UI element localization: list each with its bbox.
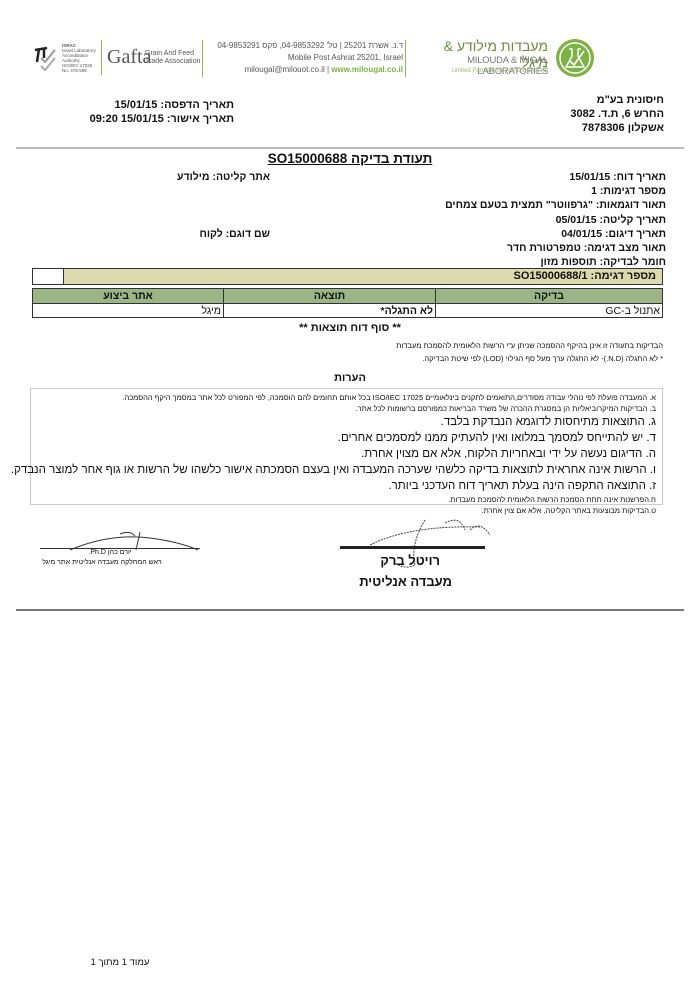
header-divider: [101, 40, 102, 75]
sample-count: מספר דגימות: 1: [246, 184, 666, 198]
remark-item: ו. הרשות אינה אחראית לתוצאות בדיקה כלשהי…: [36, 462, 656, 478]
column-header-site: אתר ביצוע: [33, 289, 224, 304]
sampling-date: תאריך דיגום: 04/01/15: [246, 227, 666, 241]
sampler-name: שם דוגם: לקוח: [70, 227, 270, 241]
lab-subtitle: Limited Partnership | שותפות מוגבלת: [418, 68, 548, 74]
results-table-header: בדיקה תוצאה אתר ביצוע: [33, 289, 663, 304]
sample-number: מספר דגימה: SO15000688/1: [513, 270, 656, 282]
contact-email[interactable]: milougal@milouot.co.il: [245, 65, 325, 74]
signer2-title: ראש המחלקה מעבדה אנליטית אתר מיגל: [22, 559, 182, 566]
cell-test: אתנול ב-GC: [436, 304, 663, 318]
remark-item: ג. התוצאות מתיחסות לדוגמא הנבדקת בלבד.: [36, 414, 656, 430]
signer1-name: רויטל ברק: [340, 553, 440, 568]
remark-item: ח.הפרשנות אינה תחת הסמכת הרשות הלאומית ל…: [36, 494, 656, 505]
israc-check-icon: [33, 42, 61, 77]
remark-item: ד. יש להתייחס למסמך במלואו ואין להעתיק מ…: [36, 430, 656, 446]
sample-state: תאור מצב דגימה: טמפרטורת חדר: [246, 241, 666, 255]
column-header-test: בדיקה: [436, 289, 663, 304]
remark-item: ב. הבדיקות המיקרוביאליות הן במסגרת ההכרה…: [36, 403, 656, 414]
table-row: אתנול ב-GC לא התגלה* מיגל: [33, 304, 663, 318]
receipt-site: אתר קליטה: מילודע: [70, 170, 270, 184]
contact-web-line: milougal@milouot.co.il | www.milougal.co…: [205, 64, 403, 76]
lab-logo-icon: [556, 39, 594, 77]
sample-info-secondary: אתר קליטה: מילודע שם דוגם: לקוח: [70, 170, 270, 241]
blank-cell: [48, 269, 64, 284]
approval-date: תאריך אישור: 15/01/15 09:20: [54, 112, 234, 126]
sample-header-bar: מספר דגימה: SO15000688/1: [32, 268, 663, 285]
sample-description: תאור דוגמאות: "גרפווטר" תמצית בטעם צמחים: [246, 198, 666, 212]
column-header-result: תוצאה: [224, 289, 436, 304]
gafta-subtitle: Grain And Feed Trade Association: [145, 50, 200, 66]
header-divider: [405, 40, 406, 77]
remarks-list: א. המעבדה פועלת לפי נוהלי עבודה מסודרים,…: [36, 392, 656, 516]
divider: [16, 147, 684, 149]
cell-result: לא התגלה*: [224, 304, 436, 318]
end-of-results: ** סוף דוח תוצאות **: [0, 322, 700, 334]
report-dates: תאריך הדפסה: 15/01/15 תאריך אישור: 15/01…: [54, 98, 234, 126]
sample-info-block: תאריך דוח: 15/01/15 מספר דגימות: 1 תאור …: [246, 170, 666, 269]
cell-site: מיגל: [33, 304, 224, 318]
certificate-number: SO15000688: [268, 151, 348, 166]
remark-item: ז. התוצאה התקפה הינה בעלת תאריך דוח העדכ…: [36, 478, 656, 494]
blank-cell: [33, 269, 49, 284]
remark-item: ה. הדיגום נעשה על ידי ובאחריות הלקוח, אל…: [36, 446, 656, 462]
lab-contact: ד.נ. אשרת 25201 | טל' 04-9853292, פקס 04…: [205, 40, 403, 76]
accreditation-note: הבדיקות בתעודה זו אינן בהיקף ההסמכה שנית…: [396, 341, 663, 350]
nd-note: * לא התגלה (N.D.)- לא התגלה ערך מעל סף ה…: [422, 354, 663, 363]
signature-line: [340, 546, 485, 549]
contact-address: Mobile Post Ashrat 25201, Israel: [205, 52, 403, 64]
report-date: תאריך דוח: 15/01/15: [246, 170, 666, 184]
remarks-box: א. המעבדה פועלת לפי נוהלי עבודה מסודרים,…: [30, 388, 663, 505]
customer-address-block: חיסונית בע"מ החרש 6, ת.ד. 3082 אשקלון 78…: [570, 93, 664, 135]
signer1-title: מעבדה אנליטית: [340, 574, 452, 589]
header-divider: [202, 40, 203, 77]
divider: [16, 609, 684, 611]
contact-phone: ד.נ. אשרת 25201 | טל' 04-9853292, פקס 04…: [205, 40, 403, 52]
page-title: תעודת בדיקה SO15000688: [0, 151, 700, 166]
page-number: עמוד 1 מתוך 1: [80, 957, 160, 968]
remark-item: א. המעבדה פועלת לפי נוהלי עבודה מסודרים,…: [36, 392, 656, 403]
print-date: תאריך הדפסה: 15/01/15: [54, 98, 234, 112]
contact-website-link[interactable]: www.milougal.co.il: [331, 65, 403, 74]
remarks-title: הערות: [0, 372, 700, 384]
customer-street: החרש 6, ת.ד. 3082: [570, 107, 664, 121]
israc-accreditation-text: ISRAC Israel Laboratory Accreditation Au…: [62, 43, 96, 73]
signer2-name: יורם כהן Ph.D.: [60, 549, 160, 556]
customer-city: אשקלון 7878306: [570, 121, 664, 135]
receipt-date: תאריך קליטה: 05/01/15: [246, 213, 666, 227]
customer-name: חיסונית בע"מ: [570, 93, 664, 107]
remark-item: ט.הבדיקות מבוצעות באתר הקליטה, אלא אם צו…: [36, 505, 656, 516]
results-table: בדיקה תוצאה אתר ביצוע אתנול ב-GC לא התגל…: [32, 288, 663, 318]
